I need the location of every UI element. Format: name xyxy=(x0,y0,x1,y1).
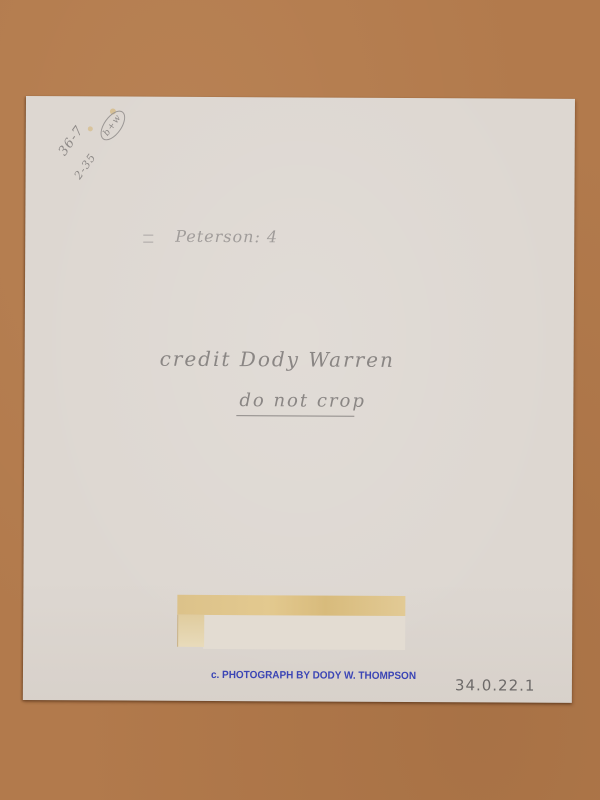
accession-number: 34.0.22.1 xyxy=(455,676,536,694)
crop-instruction: do not crop xyxy=(239,390,366,412)
photographer-stamp: c. PHOTOGRAPH BY DODY W. THOMPSON xyxy=(211,669,416,682)
corner-pencil-notes: 36-7 2-35 b+w xyxy=(39,112,129,202)
tape-strip-top xyxy=(177,595,405,616)
stain-mark xyxy=(88,126,93,131)
corner-note-1: 36-7 xyxy=(56,123,87,159)
tape-light-area xyxy=(203,615,405,650)
corner-note-2: 2-35 xyxy=(72,151,99,182)
name-note: Peterson: 4 xyxy=(175,227,278,247)
photo-card-back: 36-7 2-35 b+w Peterson: 4 credit Dody Wa… xyxy=(23,96,575,703)
tape-strip-left xyxy=(177,615,204,647)
corner-note-circled: b+w xyxy=(96,106,130,144)
equals-mark xyxy=(143,235,153,243)
crop-underline xyxy=(236,415,354,417)
tape-residue xyxy=(177,595,405,650)
credit-note: credit Dody Warren xyxy=(160,347,395,372)
